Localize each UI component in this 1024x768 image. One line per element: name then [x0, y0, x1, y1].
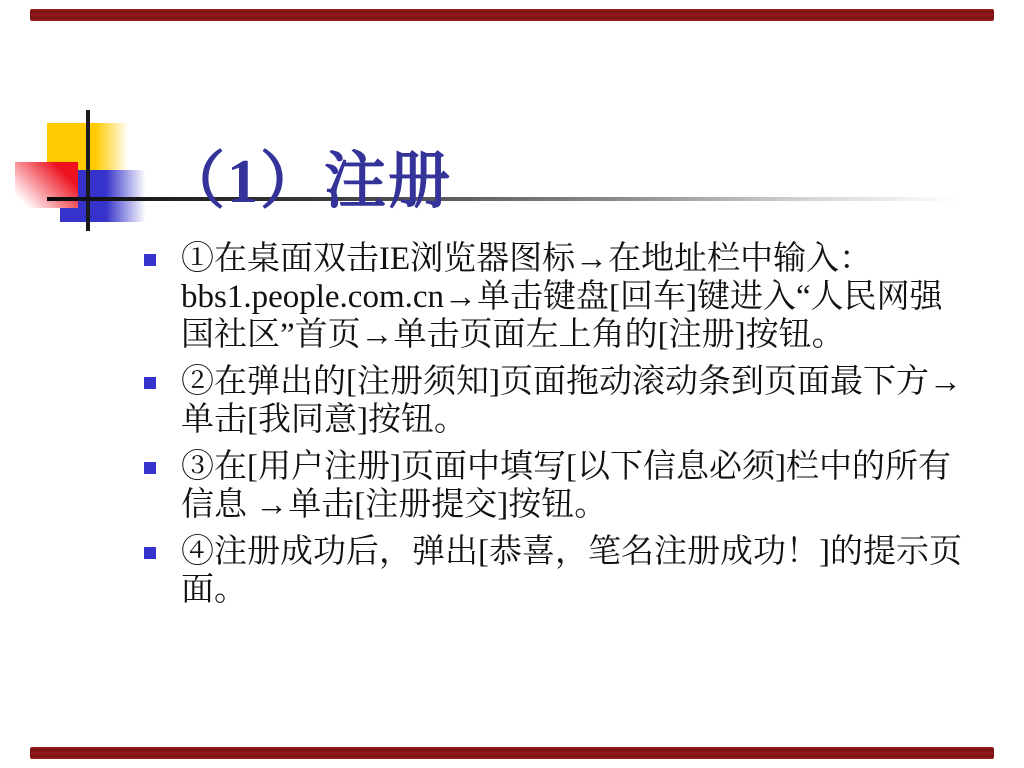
- presentation-slide: （1）注册 ①在桌面双击IE浏览器图标→在地址栏中输入：bbs1.people.…: [0, 0, 1024, 768]
- bullet-item-1: ①在桌面双击IE浏览器图标→在地址栏中输入：bbs1.people.com.cn…: [144, 240, 974, 354]
- bullet-item-2: ②在弹出的[注册须知]页面拖动滚动条到页面最下方→单击[我同意]按钮。: [144, 363, 974, 439]
- bullet-text-4: ④注册成功后，弹出[恭喜，笔名注册成功！]的提示页面。: [181, 533, 968, 609]
- decoration-vertical-line: [86, 110, 90, 231]
- bullet-square-icon: [144, 377, 156, 389]
- template-bottom-bar: [30, 747, 994, 759]
- bullet-item-4: ④注册成功后，弹出[恭喜，笔名注册成功！]的提示页面。: [144, 533, 974, 609]
- slide-body: ①在桌面双击IE浏览器图标→在地址栏中输入：bbs1.people.com.cn…: [144, 240, 974, 618]
- template-top-bar: [30, 9, 994, 21]
- bullet-item-3: ③在[用户注册]页面中填写[以下信息必须]栏中的所有信息 →单击[注册提交]按钮…: [144, 448, 974, 524]
- bullet-text-3: ③在[用户注册]页面中填写[以下信息必须]栏中的所有信息 →单击[注册提交]按钮…: [181, 448, 968, 524]
- bullet-square-icon: [144, 254, 156, 266]
- bullet-text-2: ②在弹出的[注册须知]页面拖动滚动条到页面最下方→单击[我同意]按钮。: [181, 363, 968, 439]
- bullet-text-1: ①在桌面双击IE浏览器图标→在地址栏中输入：bbs1.people.com.cn…: [181, 240, 968, 354]
- decoration-red-square: [15, 162, 78, 208]
- slide-title: （1）注册: [163, 142, 452, 223]
- bullet-square-icon: [144, 547, 156, 559]
- bullet-square-icon: [144, 462, 156, 474]
